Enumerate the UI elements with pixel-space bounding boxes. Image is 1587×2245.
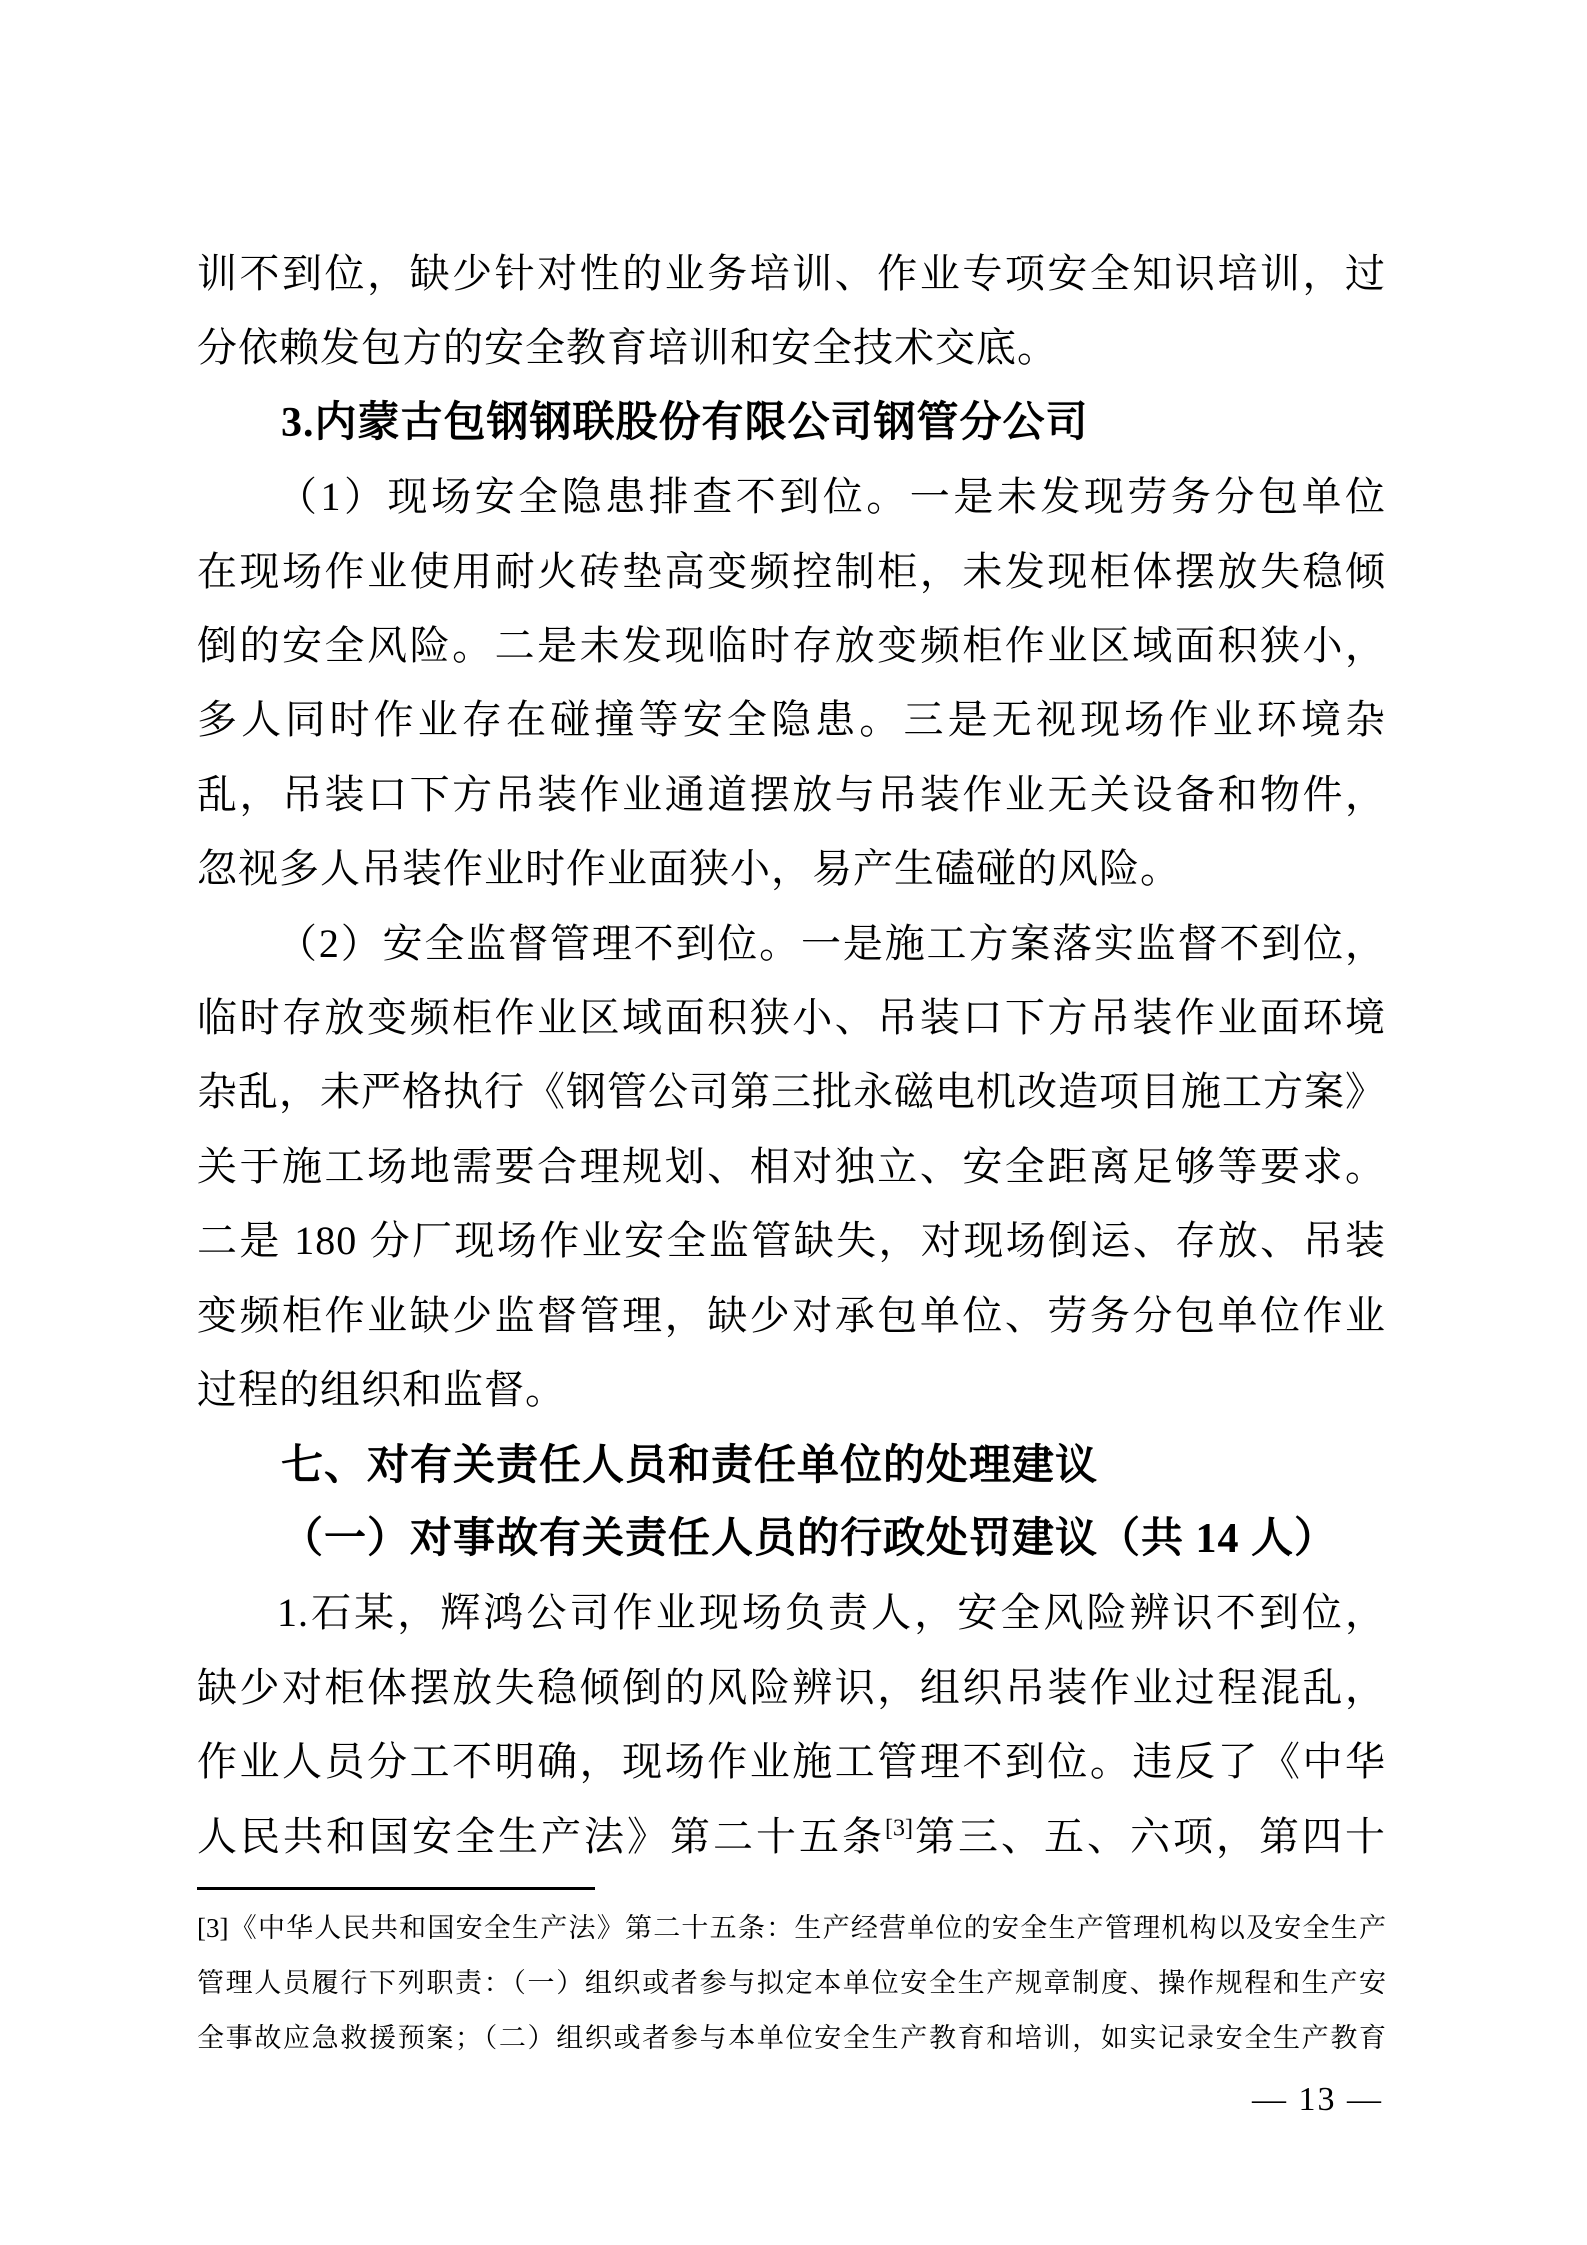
footnote-block: [3]《中华人民共和国安全生产法》第二十五条：生产经营单位的安全生产管理机构以及… — [197, 1901, 1386, 2066]
body-line: 关于施工场地需要合理规划、相对独立、安全距离足够等要求。 — [197, 1130, 1386, 1204]
body-line: 临时存放变频柜作业区域面积狭小、吊装口下方吊装作业面环境 — [197, 981, 1386, 1055]
body-line: （2）安全监督管理不到位。一是施工方案落实监督不到位， — [197, 907, 1386, 981]
body-line: 乱，吊装口下方吊装作业通道摆放与吊装作业无关设备和物件， — [197, 758, 1386, 832]
body-line-text: 第三、五、六项，第四十 — [913, 1814, 1386, 1859]
body-line: 多人同时作业存在碰撞等安全隐患。三是无视现场作业环境杂 — [197, 683, 1386, 757]
body-line: 在现场作业使用耐火砖垫高变频控制柜，未发现柜体摆放失稳倾 — [197, 535, 1386, 609]
body-line: 人民共和国安全生产法》第二十五条[3]第三、五、六项，第四十 — [197, 1800, 1386, 1874]
body-line: 训不到位，缺少针对性的业务培训、作业专项安全知识培训，过 — [197, 237, 1386, 311]
body-line-text: 人民共和国安全生产法》第二十五条 — [197, 1814, 885, 1859]
body-line: 缺少对柜体摆放失稳倾倒的风险辨识，组织吊装作业过程混乱， — [197, 1651, 1386, 1725]
footnote-line: [3]《中华人民共和国安全生产法》第二十五条：生产经营单位的安全生产管理机构以及… — [197, 1901, 1386, 1956]
footnote-line: 全事故应急救援预案；（二）组织或者参与本单位安全生产教育和培训，如实记录安全生产… — [197, 2011, 1386, 2066]
heading-company: 3.内蒙古包钢钢联股份有限公司钢管分公司 — [197, 386, 1386, 460]
body-line: 忽视多人吊装作业时作业面狭小，易产生磕碰的风险。 — [197, 832, 1386, 906]
footnote-reference: [3] — [885, 1815, 913, 1841]
page-number: — 13 — — [1252, 2080, 1383, 2120]
body-line: 二是 180 分厂现场作业安全监管缺失，对现场倒运、存放、吊装 — [197, 1204, 1386, 1278]
body-line: 1.石某，辉鸿公司作业现场负责人，安全风险辨识不到位， — [197, 1576, 1386, 1650]
footnote-separator — [197, 1887, 595, 1890]
body-line: （1）现场安全隐患排查不到位。一是未发现劳务分包单位 — [197, 460, 1386, 534]
body-line: 变频柜作业缺少监督管理，缺少对承包单位、劳务分包单位作业 — [197, 1279, 1386, 1353]
document-page: 训不到位，缺少针对性的业务培训、作业专项安全知识培训，过 分依赖发包方的安全教育… — [0, 0, 1587, 2245]
footnote-line: 管理人员履行下列职责：（一）组织或者参与拟定本单位安全生产规章制度、操作规程和生… — [197, 1956, 1386, 2011]
section-heading: 七、对有关责任人员和责任单位的处理建议 — [197, 1428, 1386, 1502]
document-body: 训不到位，缺少针对性的业务培训、作业专项安全知识培训，过 分依赖发包方的安全教育… — [197, 237, 1386, 2066]
body-line: 作业人员分工不明确，现场作业施工管理不到位。违反了《中华 — [197, 1725, 1386, 1799]
body-line: 过程的组织和监督。 — [197, 1353, 1386, 1427]
body-line: 杂乱，未严格执行《钢管公司第三批永磁电机改造项目施工方案》 — [197, 1055, 1386, 1129]
sub-heading: （一）对事故有关责任人员的行政处罚建议（共 14 人） — [197, 1502, 1386, 1576]
body-line: 分依赖发包方的安全教育培训和安全技术交底。 — [197, 311, 1386, 385]
body-line: 倒的安全风险。二是未发现临时存放变频柜作业区域面积狭小， — [197, 609, 1386, 683]
